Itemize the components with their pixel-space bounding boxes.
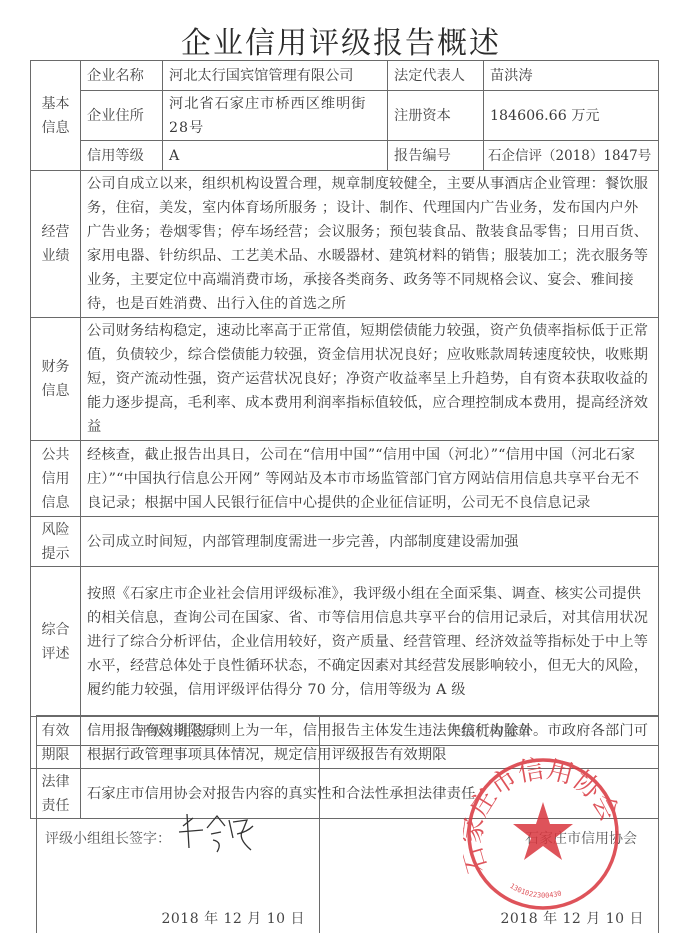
registered-capital-value: 184606.66 万元 [484,91,659,141]
operations-text: 公司自成立以来，组织机构设置合理，规章制度较健全，主要从事酒店企业管理：餐饮服务… [81,171,659,318]
credit-grade-value: A [163,141,388,171]
report-no-label: 报告编号 [388,141,484,171]
agency-seal-header: 评级机构盖章 [320,716,659,746]
finance-text: 公司财务结构稳定，速动比率高于正常值，短期偿债能力较强，资产负债率指标低于正常值… [81,318,659,441]
group-signature-date: 2018 年 12 月 10 日 [161,908,305,928]
report-no-value: 石企信评（2018）1847号 [484,141,659,171]
section-label-public-credit: 公共信用信息 [31,441,81,517]
legal-rep-label: 法定代表人 [388,61,484,91]
signature-table: 评级小组签字 评级机构盖章 评级小组组长签字： 2018 年 12 月 10 日… [36,715,659,933]
legal-rep-value: 苗洪涛 [484,61,659,91]
leader-signature-label: 评级小组组长签字： [45,828,171,848]
agency-seal-cell: 石家庄市信用协会 石家庄市信用协会 1301022300430 2018 年 1… [320,746,659,933]
company-name-value: 河北太行国宾馆管理有限公司 [163,61,388,91]
address-label: 企业住所 [81,91,163,141]
registered-capital-label: 注册资本 [388,91,484,141]
official-seal-icon: 石家庄市信用协会 1301022300430 [463,754,623,914]
svg-text:1301022300430: 1301022300430 [508,882,562,900]
report-summary-table: 基本信息 企业名称 河北太行国宾馆管理有限公司 法定代表人 苗洪涛 企业住所 河… [30,60,659,819]
document-title: 企业信用评级报告概述 [0,18,682,62]
group-signature-cell: 评级小组组长签字： 2018 年 12 月 10 日 [37,746,320,933]
section-label-risk: 风险提示 [31,517,81,567]
company-name-label: 企业名称 [81,61,163,91]
section-label-finance: 财务信息 [31,318,81,441]
section-label-operations: 经营业绩 [31,171,81,318]
section-label-basic-info: 基本信息 [31,61,81,171]
public-credit-text: 经核查，截止报告出具日，公司在“信用中国”“信用中国（河北）”“信用中国（河北石… [81,441,659,517]
group-signature-header: 评级小组签字 [37,716,320,746]
address-value: 河北省石家庄市桥西区维明街28号 [163,91,388,141]
credit-grade-label: 信用等级 [81,141,163,171]
section-label-summary: 综合评述 [31,567,81,717]
summary-text: 按照《石家庄市企业社会信用评级标准》，我评级小组在全面采集、调查、核实公司提供的… [81,567,659,717]
risk-text: 公司成立时间短，内部管理制度需进一步完善，内部制度建设需加强 [81,517,659,567]
handwritten-signature-icon [177,808,257,858]
